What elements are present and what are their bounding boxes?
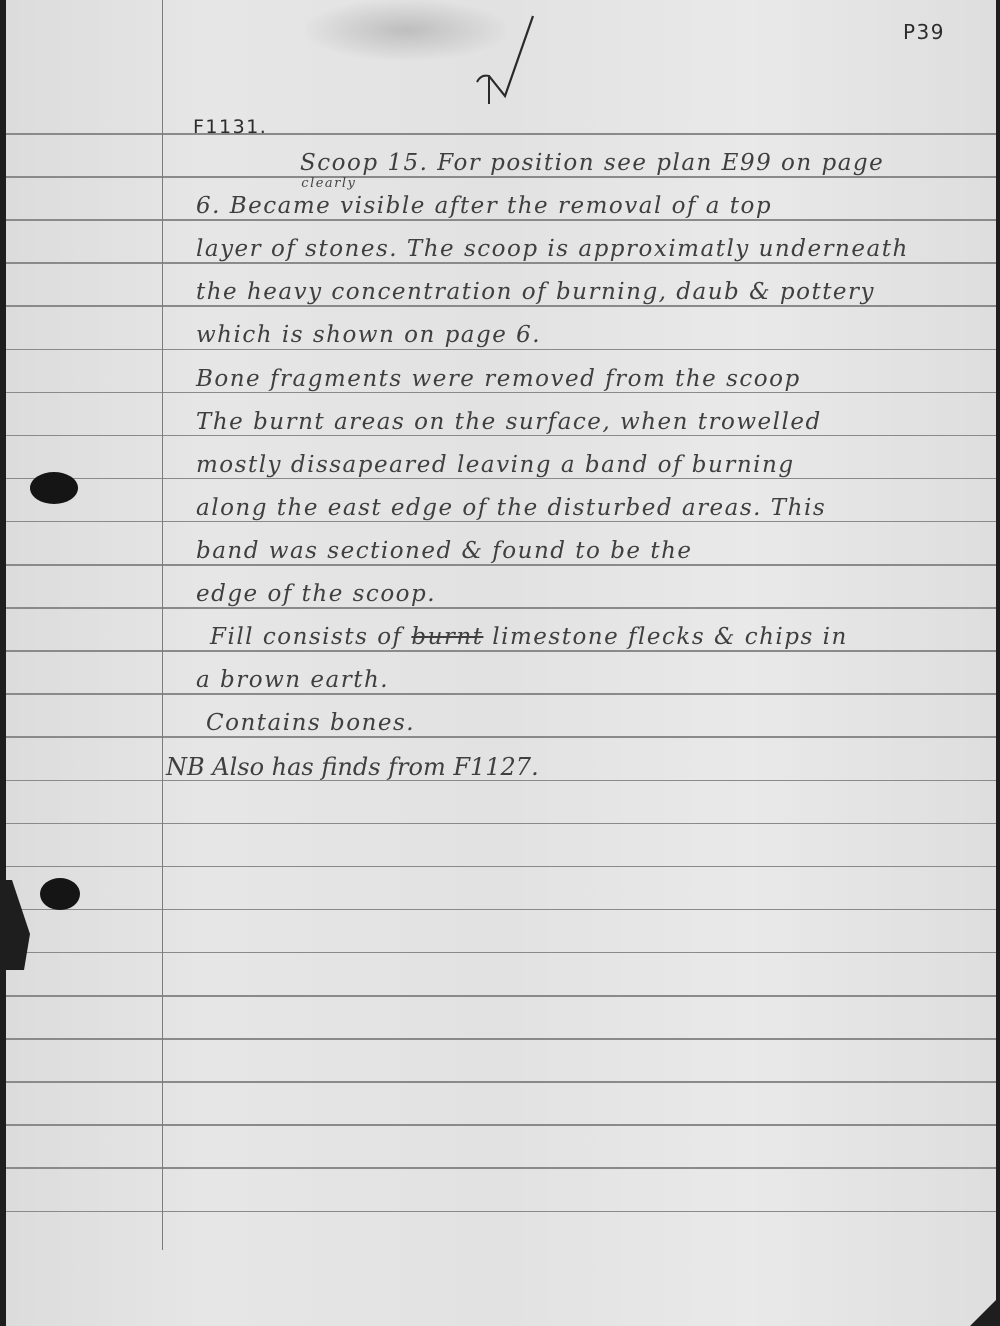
ruled-line [6,1081,996,1083]
ruled-line [6,952,996,954]
note-line: edge of the scoop. [196,583,436,606]
ruled-line [6,478,996,480]
note-line: layer of stones. The scoop is approximat… [196,238,909,261]
inserted-word: clearly [301,177,356,190]
ruled-line [6,995,996,997]
ruled-line [6,564,996,566]
binder-hole-top [30,472,78,504]
ruled-line [6,521,996,523]
ruled-line [6,435,996,437]
ruled-line [6,349,996,351]
ruled-line [6,736,996,738]
ruled-line [6,607,996,609]
note-line: Contains bones. [206,712,415,735]
note-line: Scoop 15. For position see plan E99 on p… [300,152,884,175]
note-line: which is shown on page 6. [196,324,541,347]
note-line: mostly dissapeared leaving a band of bur… [196,454,795,477]
ruled-line [6,1211,996,1213]
note-line: the heavy concentration of burning, daub… [196,281,875,304]
note-line: Fill consists of burnt limestone flecks … [210,626,848,649]
ruled-line [6,1167,996,1169]
ruled-line [6,823,996,825]
ruled-line [6,176,996,178]
ruled-line [6,1124,996,1126]
ruled-line [6,693,996,695]
note-line: NB Also has finds from F1127. [166,755,539,779]
ruled-line [6,133,996,135]
note-line: 6. Becameclearly visible after the remov… [196,195,772,218]
ruled-line [6,1038,996,1040]
note-line: Bone fragments were removed from the sco… [196,368,801,391]
margin-line [162,0,163,1250]
ruled-line [6,909,996,911]
ruled-line [6,262,996,264]
ruled-line [6,305,996,307]
ruled-line [6,866,996,868]
check-mark-icon [455,10,545,110]
ruled-line [6,392,996,394]
note-line: The burnt areas on the surface, when tro… [196,411,822,434]
ruled-line [6,219,996,221]
ruled-line [6,650,996,652]
struck-word: burnt [411,624,483,650]
page-number: P39 [903,22,945,42]
note-line: band was sectioned & found to be the [196,540,693,563]
feature-id: F1131. [193,118,267,137]
note-line: along the east edge of the disturbed are… [196,497,826,520]
binder-hole-bottom [40,878,80,910]
note-line: a brown earth. [196,669,389,692]
